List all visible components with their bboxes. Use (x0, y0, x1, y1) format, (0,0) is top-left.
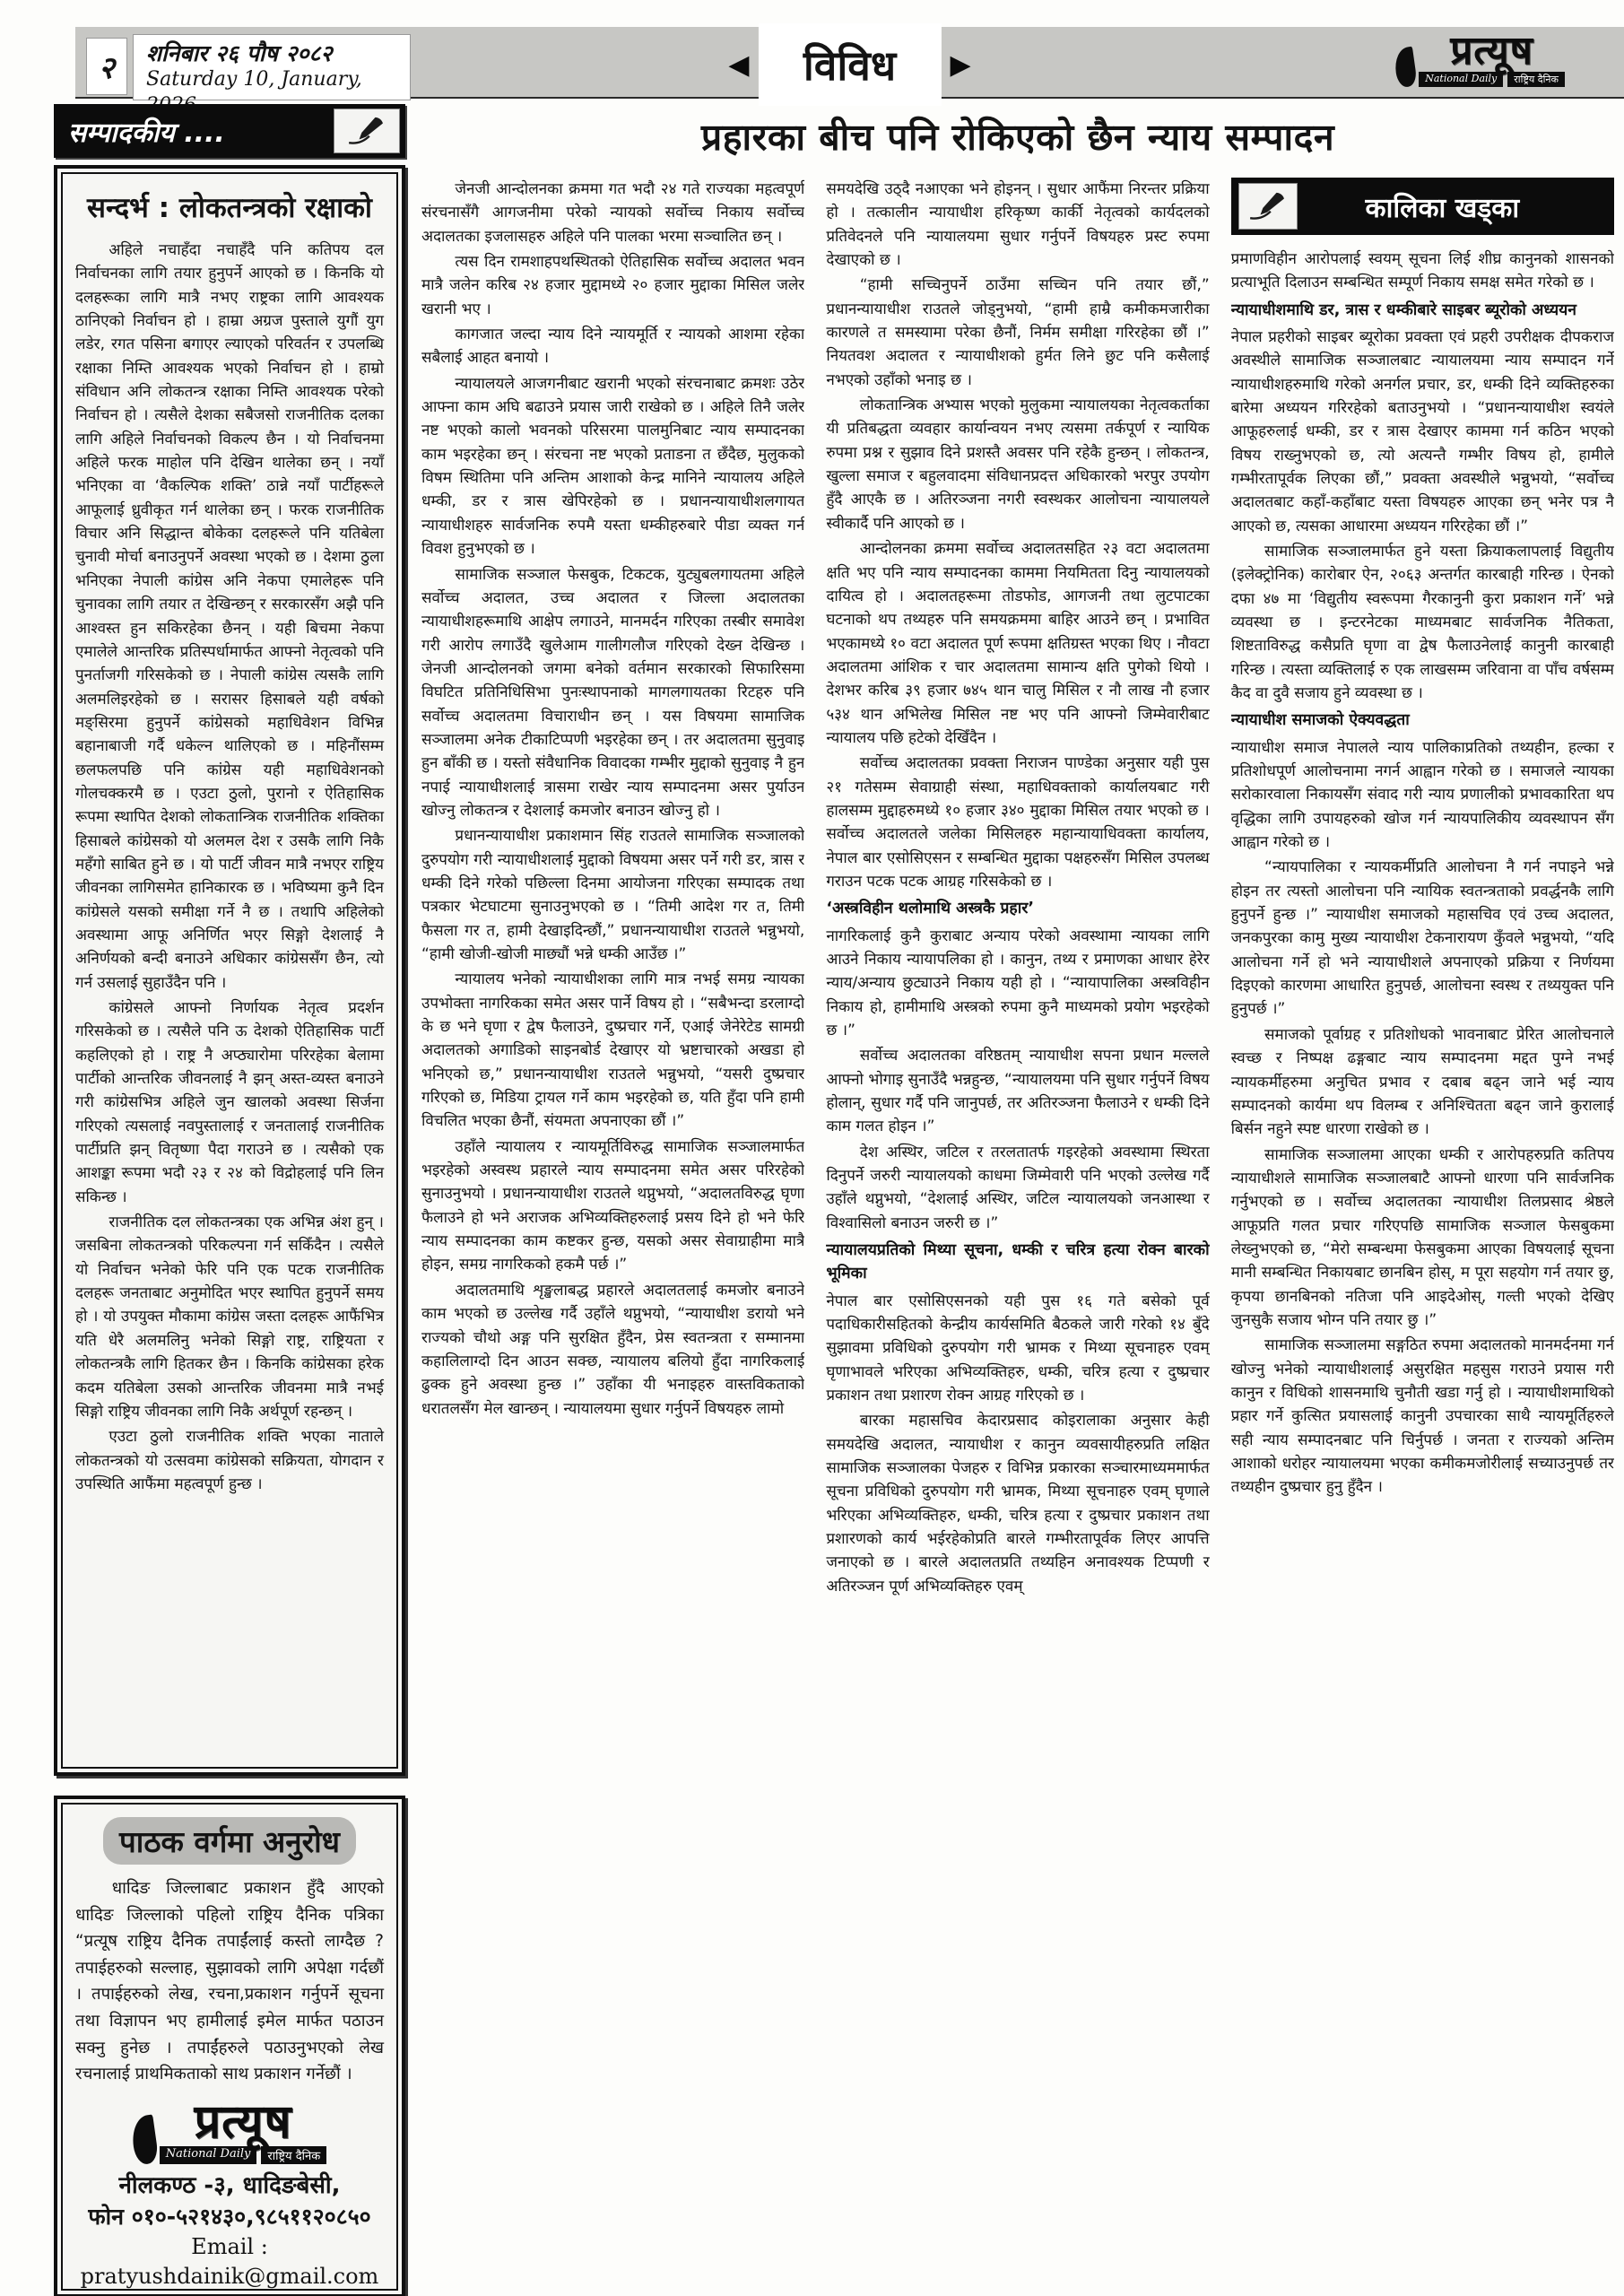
article-paragraph: नेपाल प्रहरीको साइबर ब्यूरोका प्रवक्ता ए… (1231, 326, 1614, 538)
publisher-address: नीलकण्ठ -३, धादिङबेसी, (75, 2171, 384, 2202)
page-number: २ (86, 38, 127, 95)
article-paragraph: एउटा ठुलो राजनीतिक शक्ति भएका नाताले लोक… (75, 1425, 384, 1496)
flame-icon (1393, 46, 1418, 88)
article-paragraph: आन्दोलनका क्रममा सर्वोच्च अदालतसहित २३ व… (826, 537, 1209, 750)
publisher-phone: फोन ०१०-५२१४३०,९८५११२०८५० (75, 2202, 384, 2232)
editorial-body: अहिले नचाहँदा नचाहँदै पनि कतिपय दल निर्व… (75, 239, 384, 1496)
article-paragraph: प्रमाणविहीन आरोपलाई स्वयम् सूचना लिई शीघ… (1231, 248, 1614, 295)
publisher-email[interactable]: Email : pratyushdainik@gmail.com (75, 2232, 384, 2291)
pen-icon (334, 109, 400, 153)
masthead-title: प्रत्यूष (195, 2100, 292, 2144)
reader-request-title: पाठक वर्गमा अनुरोध (103, 1817, 356, 1865)
section-header: ◀ विविध ▶ (719, 23, 979, 106)
article-paragraph: सर्वोच्च अदालतका वरिष्ठतम् न्यायाधीश सपन… (826, 1044, 1209, 1138)
masthead-tag-nepali: राष्ट्रिय दैनिक (1507, 72, 1565, 87)
article-column-2: समयदेखि उठ्दै नआएका भने होइनन् । सुधार आ… (826, 178, 1209, 2273)
main-article: प्रहारका बीच पनि रोकिएको छैन न्याय सम्पा… (421, 108, 1614, 2273)
article-paragraph: प्रधानन्यायाधीश प्रकाशमान सिंह राउतले सा… (421, 824, 804, 966)
masthead-tag-english: National Daily (1419, 72, 1503, 87)
article-paragraph: “न्यायपालिका र न्यायकर्मीप्रति आलोचना नै… (1231, 856, 1614, 1021)
article-paragraph: त्यस दिन रामशाहपथस्थितको ऐतिहासिक सर्वोच… (421, 250, 804, 321)
page-header: २ शनिबार २६ पौष २०८२ Saturday 10, Januar… (75, 27, 1624, 99)
footer-masthead-logo: प्रत्यूष National Daily राष्ट्रिय दैनिक (133, 2100, 326, 2164)
article-paragraph: अहिले नचाहँदा नचाहँदै पनि कतिपय दल निर्व… (75, 239, 384, 995)
article-paragraph: समयदेखि उठ्दै नआएका भने होइनन् । सुधार आ… (826, 178, 1209, 272)
contact-block: नीलकण्ठ -३, धादिङबेसी, फोन ०१०-५२१४३०,९८… (75, 2171, 384, 2291)
pen-icon (1238, 183, 1298, 230)
article-paragraph: देश अस्थिर, जटिल र तरलतातर्फ गइरहेको अवस… (826, 1141, 1209, 1235)
reader-request-body: धादिङ जिल्लाबाट प्रकाशन हुँदै आएको धादिङ… (75, 1875, 384, 2088)
masthead-tag-english: National Daily (160, 2146, 257, 2164)
editorial-title: सन्दर्भ : लोकतन्त्रको रक्षाको (75, 188, 384, 226)
column-subhead: न्यायाधीशमाथि डर, त्रास र धम्कीबारे साइब… (1231, 299, 1614, 322)
flame-icon (129, 2115, 159, 2166)
article-column-3-body: प्रमाणविहीन आरोपलाई स्वयम् सूचना लिई शीघ… (1231, 248, 1614, 1500)
article-paragraph: उहाँले न्यायालय र न्यायमूर्तिविरुद्ध साम… (421, 1135, 804, 1277)
column-subhead: न्यायाधीश समाजको ऐक्यवद्धता (1231, 709, 1614, 732)
article-paragraph: न्यायालयले आजगनीबाट खरानी भएको संरचनाबाट… (421, 372, 804, 561)
article-paragraph: जेनजी आन्दोलनका क्रममा गत भदौ २४ गते राज… (421, 178, 804, 248)
date-box: शनिबार २६ पौष २०८२ Saturday 10, January,… (133, 34, 411, 100)
article-paragraph: समाजको पूर्वाग्रह र प्रतिशोधको भावनाबाट … (1231, 1023, 1614, 1142)
article-paragraph: सामाजिक सञ्जालमा सङ्गठित रुपमा अदालतको म… (1231, 1334, 1614, 1499)
article-paragraph: सामाजिक सञ्जालमा आएका धम्की र आरोपहरुप्र… (1231, 1144, 1614, 1333)
article-column-3: कालिका खड्का प्रमाणविहीन आरोपलाई स्वयम् … (1231, 178, 1614, 2273)
byline-bar: कालिका खड्का (1231, 178, 1614, 235)
article-column-1: जेनजी आन्दोलनका क्रममा गत भदौ २४ गते राज… (421, 178, 804, 2273)
newspaper-page: २ शनिबार २६ पौष २०८२ Saturday 10, Januar… (0, 0, 1624, 2296)
article-paragraph: सामाजिक सञ्जाल फेसबुक, टिकटक, युट्युबलगा… (421, 563, 804, 823)
article-paragraph: लोकतान्त्रिक अभ्यास भएको मुलुकमा न्यायाल… (826, 394, 1209, 535)
masthead-logo: प्रत्यूष National Daily राष्ट्रिय दैनिक (1395, 32, 1565, 87)
date-nepali: शनिबार २६ पौष २०८२ (146, 40, 397, 67)
left-column: सम्पादकीय .... सन्दर्भ : लोकतन्त्रको रक्… (54, 104, 405, 2296)
article-paragraph: अदालतमाथि शृङ्खलाबद्ध प्रहारले अदालतलाई … (421, 1279, 804, 1421)
next-arrow-icon: ▶ (942, 49, 980, 81)
editorial-label: सम्पादकीय .... (68, 113, 225, 150)
column-subhead: ‘अस्त्रविहीन थलोमाथि अस्त्रकै प्रहार’ (826, 897, 1209, 920)
article-paragraph: राजनीतिक दल लोकतन्त्रका एक अभिन्न अंश हु… (75, 1211, 384, 1423)
editorial-label-bar: सम्पादकीय .... (54, 104, 405, 158)
article-paragraph: कागजात जल्दा न्याय दिने न्यायमूर्ति र न्… (421, 323, 804, 370)
section-title: विविध (759, 23, 942, 106)
article-paragraph: धादिङ जिल्लाबाट प्रकाशन हुँदै आएको धादिङ… (75, 1875, 384, 2088)
article-paragraph: न्यायालय भनेको न्यायाधीशका लागि मात्र नभ… (421, 968, 804, 1133)
column-subhead: न्यायालयप्रतिको मिथ्या सूचना, धम्की र चर… (826, 1239, 1209, 1286)
article-paragraph: न्यायाधीश समाज नेपालले न्याय पालिकाप्रति… (1231, 736, 1614, 855)
article-paragraph: बारका महासचिव केदारप्रसाद कोइरालाका अनुस… (826, 1409, 1209, 1598)
article-paragraph: कांग्रेसले आफ्नो निर्णायक नेतृत्व प्रदर्… (75, 996, 384, 1209)
editorial-box: सन्दर्भ : लोकतन्त्रको रक्षाको अहिले नचाह… (54, 165, 405, 1776)
article-paragraph: “हामी सच्चिनुपर्ने ठाउँमा सच्चिन पनि तया… (826, 274, 1209, 392)
article-paragraph: नेपाल बार एसोसिएसनको यही पुस १६ गते बसेक… (826, 1290, 1209, 1408)
prev-arrow-icon: ◀ (719, 49, 758, 81)
masthead-tag-nepali: राष्ट्रिय दैनिक (261, 2146, 326, 2164)
masthead-title: प्रत्यूष (1450, 32, 1533, 70)
byline-author: कालिका खड्का (1314, 188, 1607, 225)
article-paragraph: सर्वोच्च अदालतका प्रवक्ता निराजन पाण्डेक… (826, 752, 1209, 893)
article-headline: प्रहारका बीच पनि रोकिएको छैन न्याय सम्पा… (421, 111, 1614, 161)
article-paragraph: नागरिकलाई कुनै कुराबाट अन्याय परेको अवस्… (826, 925, 1209, 1043)
article-paragraph: सामाजिक सञ्जालमार्फत हुने यस्ता क्रियाकल… (1231, 540, 1614, 705)
reader-request-box: पाठक वर्गमा अनुरोध धादिङ जिल्लाबाट प्रका… (54, 1796, 405, 2296)
